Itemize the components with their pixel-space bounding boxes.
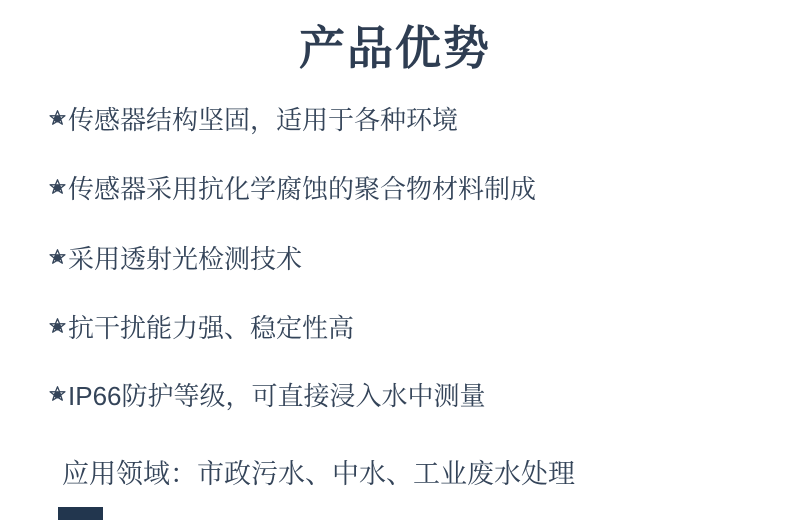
clipped-next-section-element <box>58 507 103 520</box>
bullet-text: 采用透射光检测技术 <box>68 239 302 276</box>
bullet-text: 传感器采用抗化学腐蚀的聚合物材料制成 <box>68 169 536 206</box>
bullet-text: 抗干扰能力强、稳定性高 <box>68 308 354 345</box>
application-fields-line: 应用领域：市政污水、中水、工业废水处理 <box>62 452 575 491</box>
bullet-item: IP66防护等级，可直接浸入水中测量 <box>48 379 486 409</box>
bullet-item: 传感器结构坚固，适用于各种环境 <box>48 103 458 133</box>
bullet-text: IP66防护等级，可直接浸入水中测量 <box>68 376 486 413</box>
bullet-item: 抗干扰能力强、稳定性高 <box>48 311 354 341</box>
star-bullet-icon <box>48 178 67 197</box>
star-bullet-icon <box>48 317 67 336</box>
bullet-text: 传感器结构坚固，适用于各种环境 <box>68 100 458 137</box>
bullet-item: 传感器采用抗化学腐蚀的聚合物材料制成 <box>48 172 536 202</box>
star-bullet-icon <box>48 248 67 267</box>
star-bullet-icon <box>48 385 67 404</box>
page-title: 产品优势 <box>0 12 790 78</box>
product-advantages-page: 产品优势 传感器结构坚固，适用于各种环境 传感器采用抗化学腐蚀的聚合物材料制成 … <box>0 0 790 520</box>
star-bullet-icon <box>48 109 67 128</box>
bullet-item: 采用透射光检测技术 <box>48 242 302 272</box>
